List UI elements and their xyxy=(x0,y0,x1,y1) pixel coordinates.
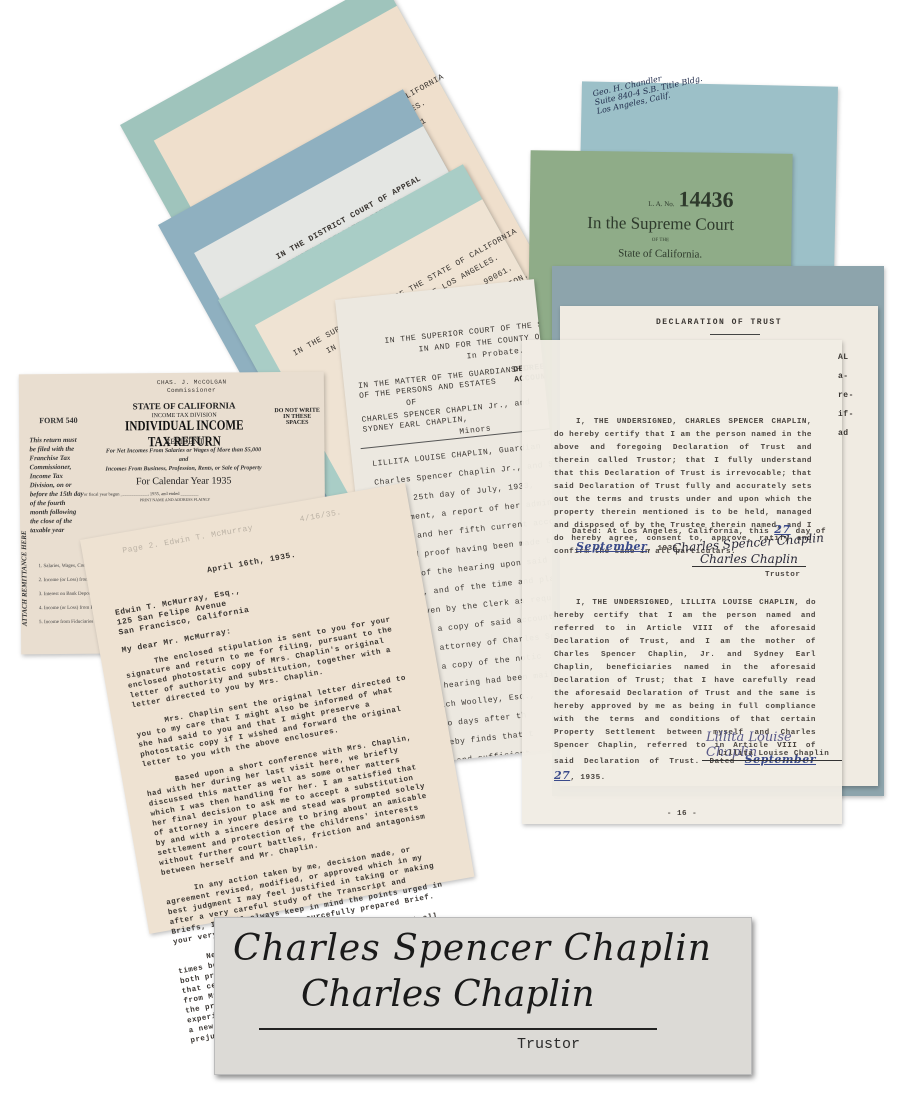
of-the: OF THE xyxy=(529,236,791,245)
dated-month-line: September, 1935. xyxy=(576,540,683,553)
case-prefix: L. A. No. xyxy=(648,200,674,208)
margin-fragment: if- xyxy=(838,405,854,424)
margin-fragment: ad xyxy=(838,424,854,443)
letter-header: Page 2. Edwin T. McMurray xyxy=(122,524,254,556)
subtitle-business: Incomes From Business, Profession, Rents… xyxy=(84,465,284,473)
margin-fragment: a- xyxy=(838,367,854,386)
inset-trustor-label: Trustor xyxy=(517,1036,580,1053)
lillita-typed-name: Lillita Louise Chaplin xyxy=(718,750,829,758)
trustor-label: Trustor xyxy=(765,571,800,579)
margin-fragment: AL xyxy=(838,348,854,367)
margin-fragments: ALa-re-if-ad xyxy=(838,348,854,443)
commissioner-title: Commissioner xyxy=(167,387,216,394)
instructions: This return must be filed with the Franc… xyxy=(29,436,84,535)
signature-inset: Charles Spencer Chaplin Charles Chaplin … xyxy=(214,917,752,1075)
attach-remittance-banner: ATTACH REMITTANCE HERE xyxy=(20,530,29,626)
letter-to-mcmurray: Page 2. Edwin T. McMurray 4/16/35. April… xyxy=(80,483,474,934)
state-name: State of California. xyxy=(529,246,791,262)
print-name-label: PRINT NAME AND ADDRESS PLAINLY xyxy=(140,497,210,503)
calendar-year: For Calendar Year 1935 xyxy=(84,475,284,488)
do-not-write-label: DO NOT WRITE IN THESE SPACES xyxy=(271,408,323,426)
page-number: - 16 - xyxy=(522,810,842,818)
state-of-california: STATE OF CALIFORNIA xyxy=(109,400,259,411)
matter-line: OF xyxy=(406,398,417,408)
declaration-title: DECLARATION OF TRUST xyxy=(560,318,878,327)
case-number: 14436 xyxy=(678,186,733,212)
letter-date: April 16th, 1935. xyxy=(207,551,297,576)
handwritten-note: Geo. H. Chandler Suite 840-4 S.B. Title … xyxy=(592,65,705,116)
lillita-year: , 1935. xyxy=(570,774,605,782)
in-probate: In Probate. xyxy=(466,346,525,361)
form-number: FORM 540 xyxy=(39,416,78,425)
supreme-court-title: In the Supreme Court xyxy=(530,212,792,236)
title-rule xyxy=(710,334,760,335)
signature-line xyxy=(259,1028,657,1030)
inset-signature-full: Charles Spencer Chaplin xyxy=(233,928,712,969)
signature-short: Charles Chaplin xyxy=(692,552,806,567)
commissioner-name: CHAS. J. McCOLGAN xyxy=(157,379,227,387)
dated-month: September xyxy=(576,540,647,553)
subtitle-wages: For Net Incomes From Salaries or Wages o… xyxy=(83,447,283,455)
dated-prefix: Dated: At Los Angeles, California, this xyxy=(572,528,769,536)
inset-signature-short: Charles Chaplin xyxy=(301,974,595,1015)
resident-label: RESIDENT xyxy=(109,436,259,446)
certificate-page: I, THE UNDERSIGNED, CHARLES SPENCER CHAP… xyxy=(522,340,842,824)
fiscal-year-line: or fiscal year begun ____________, 1935,… xyxy=(84,491,199,497)
margin-fragment: re- xyxy=(838,386,854,405)
subtitle-and: and xyxy=(84,456,284,464)
letter-header-date: 4/16/35. xyxy=(299,508,342,524)
